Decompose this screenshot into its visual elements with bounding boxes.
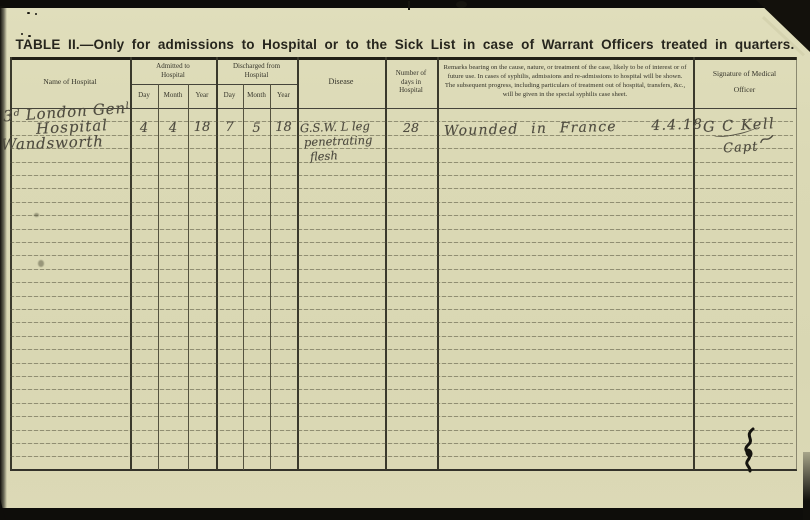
ruled-line: [10, 389, 793, 390]
ruled-line: [10, 162, 793, 163]
header-admitted-day: Day: [130, 84, 158, 107]
ruled-line: [10, 215, 793, 216]
header-disease: Disease: [297, 57, 385, 107]
header-discharged-year: Year: [270, 84, 297, 107]
ruled-line: [10, 322, 793, 323]
grid-line-disease-days: [385, 57, 387, 470]
header-admitted-year: Year: [188, 84, 216, 107]
ruled-line: [10, 282, 793, 283]
entry-discharged-day: 7: [216, 120, 243, 135]
page-title: TABLE II.—Only for admissions to Hospita…: [0, 37, 810, 52]
entry-discharged-year: 18: [270, 120, 297, 135]
header-signature: Signature of Medical Officer: [693, 57, 796, 107]
entry-signature-rank: Capt: [723, 134, 775, 157]
signature-paraph-icon: [760, 134, 775, 145]
ruled-line: [10, 202, 793, 203]
scan-edge-bottom-right: [803, 452, 810, 520]
ruled-line: [10, 229, 793, 230]
header-discharged-day: Day: [216, 84, 243, 107]
ruled-line: [10, 175, 793, 176]
ruled-line: [10, 376, 793, 377]
ruled-line: [10, 255, 793, 256]
ruled-line: [10, 443, 793, 444]
ink-speck: [21, 33, 23, 35]
header-remarks: Remarks bearing on the cause, nature, or…: [437, 57, 693, 107]
entry-days-in-hospital: 28: [385, 120, 437, 135]
entry-hospital-name-line3: Wandsworth: [1, 132, 104, 154]
header-admitted-month: Month: [158, 84, 188, 107]
ruled-line: [10, 416, 793, 417]
ink-speck: [27, 12, 30, 14]
ruled-line: [10, 430, 793, 431]
entry-discharged-month: 5: [243, 121, 270, 136]
ruled-line: [10, 242, 793, 243]
entry-remarks-date: 4.4.18: [651, 117, 703, 134]
grid-line-admitted-discharged: [216, 57, 218, 470]
entry-remarks: Wounded in France 4.4.18: [444, 117, 704, 140]
ruled-line: [10, 403, 793, 404]
ruled-line: [10, 148, 793, 149]
ruled-line: [10, 269, 793, 270]
ruled-line: [10, 296, 793, 297]
header-admitted-group: Admitted to Hospital: [130, 57, 216, 84]
grid-line-days-remarks: [437, 57, 439, 470]
header-discharged-group: Discharged from Hospital: [216, 57, 297, 84]
grid-line-hospital-admitted: [130, 57, 132, 470]
grid-line-adm-day-month: [158, 84, 159, 470]
header-days-in-hospital: Number of days in Hospital: [385, 57, 437, 107]
grid-line-dis-day-month: [243, 84, 244, 470]
ink-speck: [456, 1, 467, 8]
entry-disease-line2: penetrating: [304, 133, 373, 149]
ruled-line: [10, 309, 793, 310]
table-bottom-border: [10, 469, 797, 471]
ruled-line: [10, 456, 793, 457]
ruled-line: [10, 336, 793, 337]
grid-line-discharged-disease: [297, 57, 299, 470]
scan-edge-bottom: [0, 508, 810, 520]
document-scan: TABLE II.—Only for admissions to Hospita…: [0, 0, 810, 520]
entry-admitted-day: 4: [130, 121, 158, 136]
grid-line-adm-month-year: [188, 84, 189, 470]
ruled-line: [10, 188, 793, 189]
entry-disease-line3: flesh: [310, 148, 338, 163]
entry-admitted-year: 18: [188, 120, 216, 135]
grid-line-dis-month-year: [270, 84, 271, 470]
ruled-line: [10, 349, 793, 350]
scan-edge-top: [0, 0, 810, 8]
entry-admitted-month: 4: [158, 121, 188, 136]
ruled-line: [10, 363, 793, 364]
scan-edge-left: [0, 6, 7, 511]
ink-mark: [738, 427, 766, 473]
grid-line-right: [796, 57, 797, 470]
ink-speck: [408, 1, 410, 10]
margin-smudge: [38, 260, 44, 267]
header-discharged-month: Month: [243, 84, 270, 107]
ink-speck: [35, 13, 37, 15]
entry-remarks-text: Wounded in France: [444, 119, 617, 140]
